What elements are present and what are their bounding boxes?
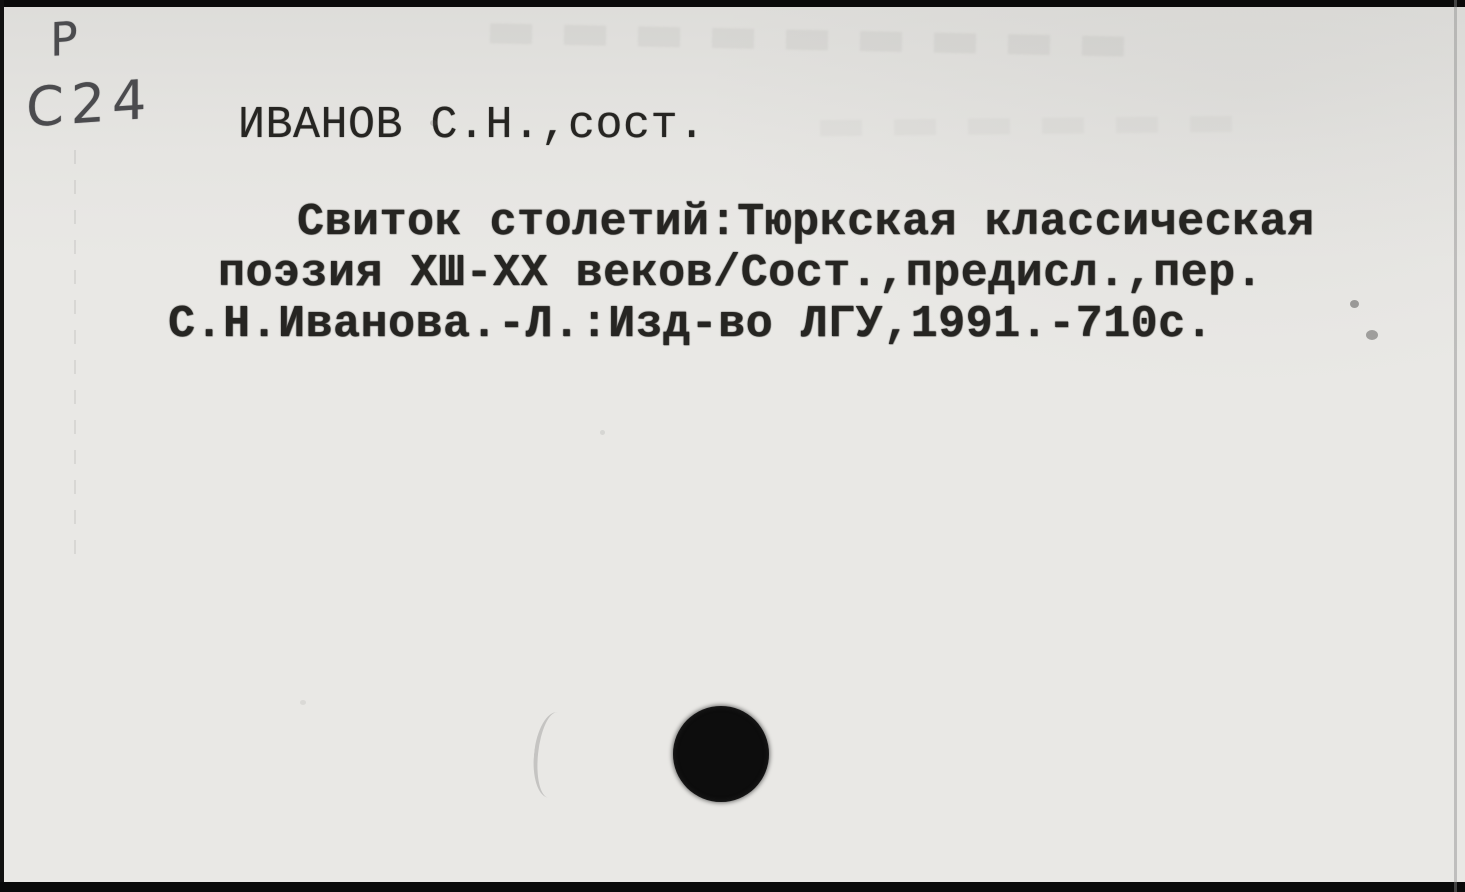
pencil-smudge-band	[490, 23, 1130, 56]
hole-punch-black-dot	[673, 706, 769, 802]
bibliographic-entry-line: Свиток столетий:Тюркская классическая	[297, 198, 1315, 248]
scan-speck	[1350, 300, 1359, 308]
faint-parenthesis-mark	[530, 710, 577, 800]
card-crease-line	[74, 150, 76, 570]
scan-speck	[300, 700, 306, 705]
scan-speck	[430, 120, 437, 126]
scan-edge-right	[1454, 0, 1457, 892]
scan-edge-top	[0, 0, 1465, 7]
scan-edge-left	[0, 0, 4, 892]
author-heading: ИВАНОВ С.Н.,сост.	[238, 101, 706, 151]
call-number-prefix: Р	[50, 11, 78, 67]
call-number: С24	[26, 67, 153, 139]
scan-edge-bottom	[0, 882, 1465, 892]
pencil-smudge-band	[820, 116, 1240, 136]
scan-speck	[600, 430, 605, 435]
scan-speck	[1366, 330, 1378, 340]
bibliographic-entry-line: С.Н.Иванова.-Л.:Изд-во ЛГУ,1991.-710с.	[168, 300, 1213, 350]
library-catalog-card-scan: Р С24 ИВАНОВ С.Н.,сост. Свиток столетий:…	[0, 0, 1465, 892]
bibliographic-entry-line: поэзия ХШ-ХХ веков/Сост.,предисл.,пер.	[218, 249, 1263, 299]
